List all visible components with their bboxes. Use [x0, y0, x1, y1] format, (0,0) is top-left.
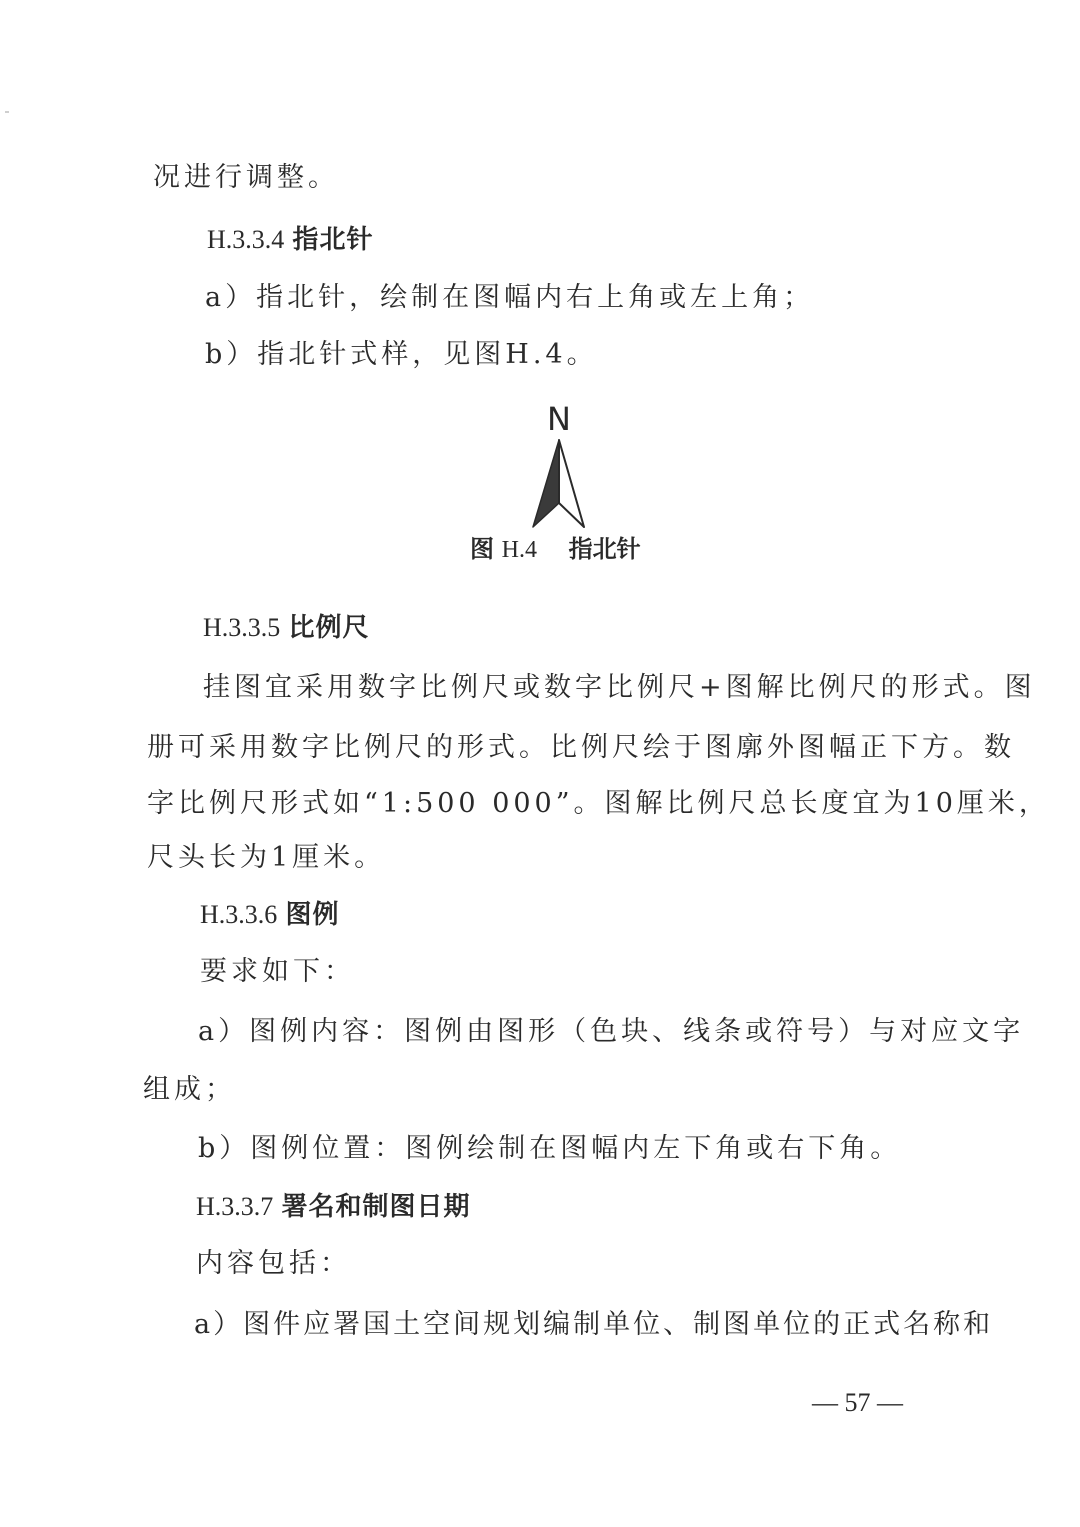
list-item-b: b）指北针式样，见图H.4。	[205, 337, 598, 373]
caption-title: 指北针	[569, 535, 641, 563]
scan-artifact	[5, 111, 9, 113]
section-title: 图例	[286, 900, 340, 930]
section-heading-h334: H.3.3.4 指北针	[207, 222, 374, 258]
north-label: N	[547, 400, 571, 438]
figure-caption: 图 H.4 指北针	[470, 532, 641, 567]
north-arrow-icon: N	[440, 395, 680, 535]
list-item-b: b）图例位置：图例绘制在图幅内左下角或右下角。	[198, 1131, 901, 1167]
paragraph-line: 内容包括：	[196, 1246, 351, 1282]
section-number: H.3.3.7	[196, 1192, 273, 1221]
list-item-a: a）图例内容：图例由图形（色块、线条或符号）与对应文字	[198, 1014, 1024, 1050]
list-item-a-continued: 组成；	[143, 1072, 236, 1108]
continuation-text: 况进行调整。	[153, 160, 339, 196]
section-title: 署名和制图日期	[282, 1192, 471, 1222]
section-heading-h335: H.3.3.5 比例尺	[203, 610, 370, 646]
section-title: 比例尺	[289, 613, 370, 643]
section-number: H.3.3.4	[207, 225, 284, 254]
caption-number: H.4	[502, 537, 537, 563]
page-number: — 57 —	[812, 1386, 903, 1420]
paragraph-line: 字比例尺形式如“1:500 000”。图解比例尺总长度宜为10厘米，	[147, 786, 1050, 822]
paragraph-line: 册可采用数字比例尺的形式。比例尺绘于图廓外图幅正下方。数	[147, 730, 1015, 766]
paragraph-line: 尺头长为1厘米。	[147, 840, 385, 876]
paragraph-line: 挂图宜采用数字比例尺或数字比例尺+图解比例尺的形式。图	[203, 670, 1036, 706]
caption-label: 图	[470, 535, 494, 563]
list-item-a: a）图件应署国土空间规划编制单位、制图单位的正式名称和	[194, 1307, 993, 1343]
paragraph-line: 要求如下：	[200, 954, 355, 990]
section-heading-h337: H.3.3.7 署名和制图日期	[196, 1189, 471, 1225]
section-title: 指北针	[293, 225, 374, 255]
section-number: H.3.3.6	[200, 900, 277, 929]
list-item-a: a）指北针，绘制在图幅内右上角或左上角；	[205, 280, 814, 316]
section-heading-h336: H.3.3.6 图例	[200, 897, 340, 933]
section-number: H.3.3.5	[203, 613, 280, 642]
